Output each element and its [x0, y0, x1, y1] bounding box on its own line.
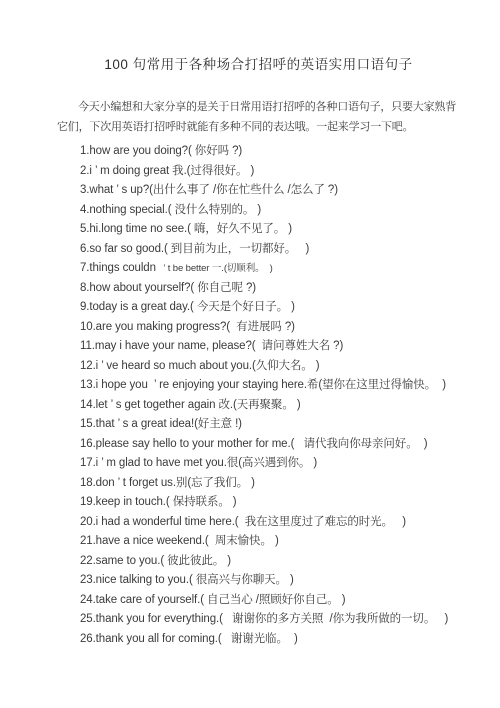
- list-item: 16.please say hello to your mother for m…: [80, 435, 460, 455]
- document-title: 100 句常用于各种场合打招呼的英语实用口语句子: [57, 56, 460, 74]
- list-item: 11.may i have your name, please?( 请问尊姓大名…: [80, 337, 460, 357]
- list-item: 21.have a nice weekend.( 周末愉快。 ): [80, 532, 460, 552]
- list-item: 7.things couldn ’ t be better 一.(切顺利。 ): [80, 259, 460, 279]
- list-item: 2.i ’ m doing great 我.(过得很好。 ): [80, 162, 460, 182]
- list-item-small-text: ’ t be better 一.(切顺利。 ): [156, 263, 273, 274]
- list-item: 14.let ’ s get together again 改.(天再聚聚。 ): [80, 396, 460, 416]
- list-item: 6.so far so good.( 到目前为止，一切都好。 ): [80, 240, 460, 260]
- list-item: 3.what ’ s up?(出什么事了 /你在忙些什么 /怎么了 ?): [80, 181, 460, 201]
- list-item-text: 7.things couldn: [80, 262, 156, 274]
- list-item: 18.don ’ t forget us.别(忘了我们。 ): [80, 474, 460, 494]
- list-item: 13.i hope you ’ re enjoying your staying…: [80, 376, 460, 396]
- list-item: 26.thank you all for coming.( 谢谢光临。 ): [80, 630, 460, 650]
- list-item: 9.today is a great day.( 今天是个好日子。 ): [80, 298, 460, 318]
- intro-line-1: 今天小编想和大家分享的是关于日常用语打招呼的各种口语句子，只要大家熟背: [57, 97, 460, 117]
- list-item: 23.nice talking to you.( 很高兴与你聊天。 ): [80, 571, 460, 591]
- list-item: 1.how are you doing?( 你好吗 ?): [80, 142, 460, 162]
- list-item: 19.keep in touch.( 保持联系。 ): [80, 493, 460, 513]
- list-item: 17.i ’ m glad to have met you.很(高兴遇到你。 ): [80, 454, 460, 474]
- list-item: 4.nothing special.( 没什么特别的。 ): [80, 201, 460, 221]
- list-item: 24.take care of yourself.( 自己当心 /照顾好你自己。…: [80, 591, 460, 611]
- list-item: 10.are you making progress?( 有进展吗 ?): [80, 318, 460, 338]
- list-item: 8.how about yourself?( 你自己呢 ?): [80, 279, 460, 299]
- intro-line-2: 它们，下次用英语打招呼时就能有多种不同的表达哦。一起来学习一下吧。: [57, 117, 460, 137]
- list-item: 15.that ’ s a great idea!(好主意 !): [80, 415, 460, 435]
- phrase-list: 1.how are you doing?( 你好吗 ?)2.i ’ m doin…: [57, 142, 460, 649]
- list-item: 20.i had a wonderful time here.( 我在这里度过了…: [80, 513, 460, 533]
- document-page: 100 句常用于各种场合打招呼的英语实用口语句子 今天小编想和大家分享的是关于日…: [0, 0, 500, 708]
- intro-paragraph: 今天小编想和大家分享的是关于日常用语打招呼的各种口语句子，只要大家熟背 它们，下…: [57, 97, 460, 137]
- list-item: 5.hi.long time no see.( 嗨，好久不见了。 ): [80, 220, 460, 240]
- list-item: 12.i ’ ve heard so much about you.(久仰大名。…: [80, 357, 460, 377]
- list-item: 22.same to you.( 彼此彼此。 ): [80, 552, 460, 572]
- list-item: 25.thank you for everything.( 谢谢你的多方关照 /…: [80, 610, 460, 630]
